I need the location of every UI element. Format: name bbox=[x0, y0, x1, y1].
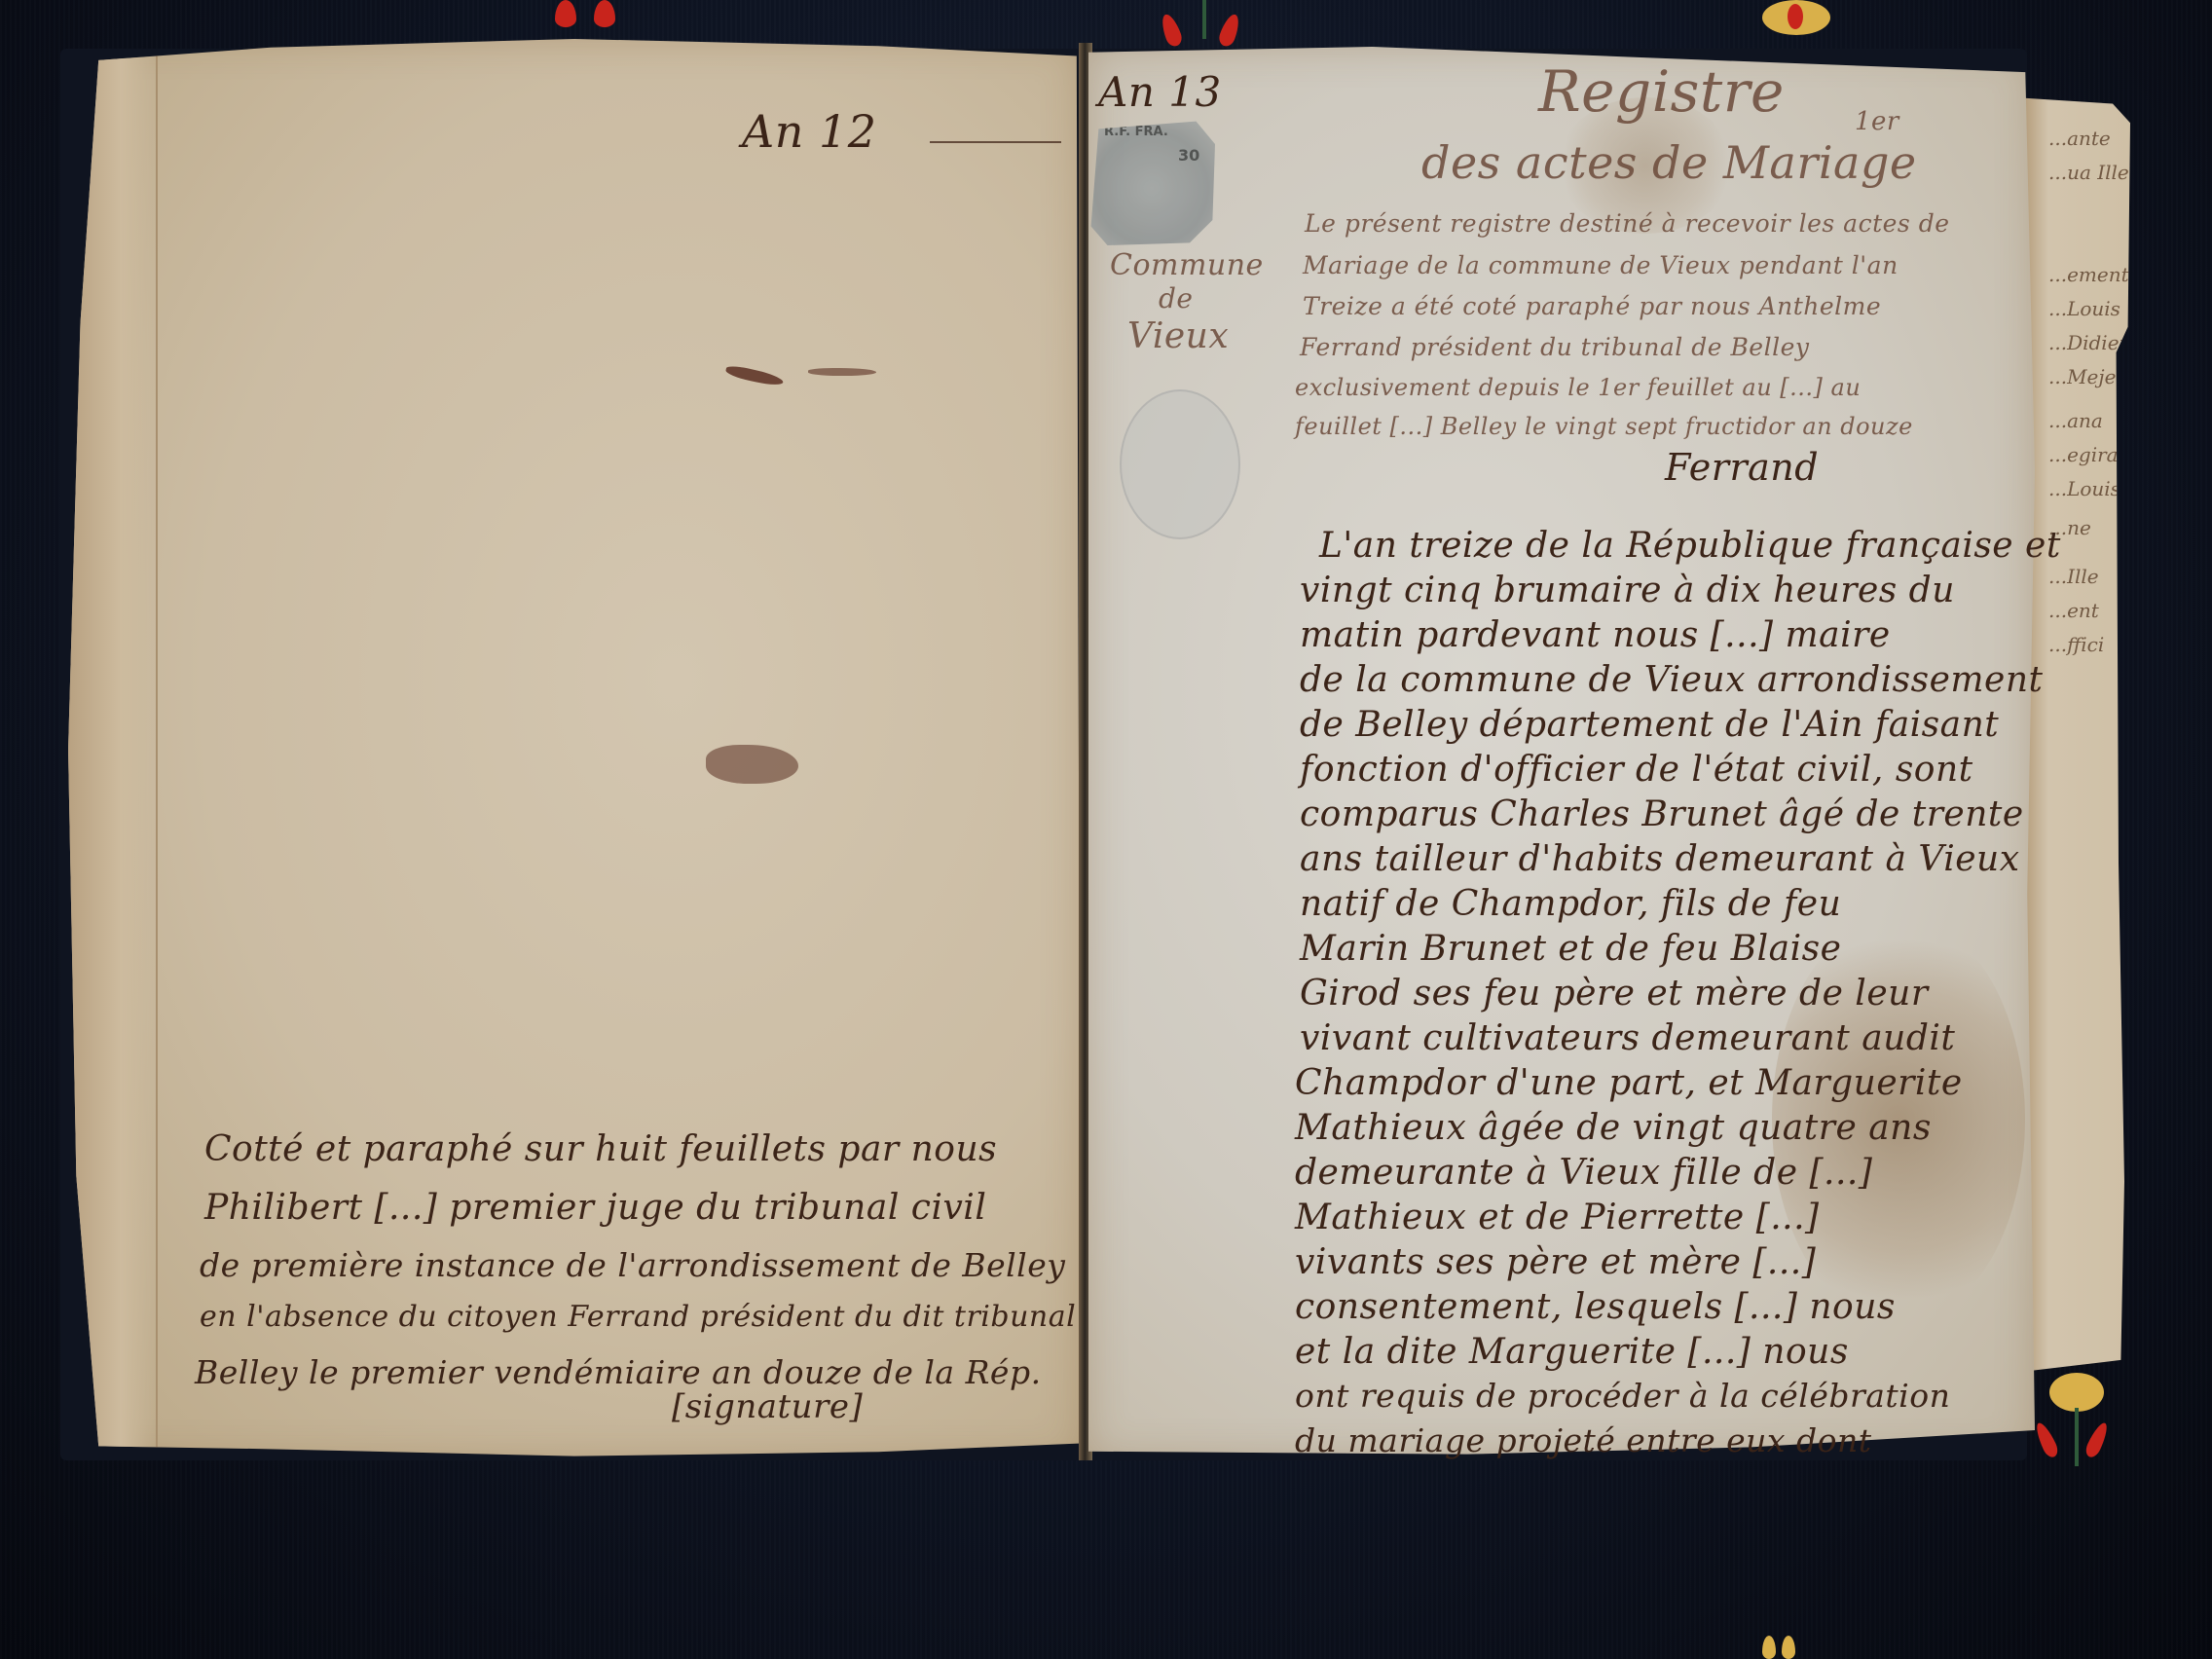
president-signature: Ferrand bbox=[1665, 446, 1819, 489]
act-line: Girod ses feu père et mère de leur bbox=[1300, 974, 1929, 1014]
back-page-fragment: ...ent bbox=[2048, 599, 2099, 622]
back-page-fragment: ...ua Ille bbox=[2048, 161, 2129, 184]
act-line: demeurante à Vieux fille de [...] bbox=[1295, 1153, 1872, 1193]
back-page-fragment: ...Ille bbox=[2048, 565, 2099, 588]
preamble-line: Treize a été coté paraphé par nous Anthe… bbox=[1303, 292, 1881, 320]
act-line: Champdor d'une part, et Marguerite bbox=[1295, 1063, 1963, 1103]
left-page-header: An 12 bbox=[742, 105, 877, 158]
preamble-line: exclusivement depuis le 1er feuillet au … bbox=[1295, 374, 1861, 401]
certification-line: de première instance de l'arrondissement… bbox=[200, 1246, 1065, 1284]
certification-line: en l'absence du citoyen Ferrand présiden… bbox=[200, 1300, 1076, 1334]
register-title: Registre bbox=[1538, 58, 1785, 125]
stamp-value: 30 bbox=[1178, 146, 1199, 165]
margin-commune-name: Vieux bbox=[1127, 316, 1229, 356]
certification-line: Philibert [...] premier juge du tribunal… bbox=[204, 1188, 986, 1228]
back-page-fragment: ...egira bbox=[2048, 443, 2119, 466]
act-line: L'an treize de la République française e… bbox=[1319, 526, 2061, 566]
act-line: vivants ses père et mère [...] bbox=[1295, 1242, 1816, 1282]
act-line: ans tailleur d'habits demeurant à Vieux bbox=[1300, 839, 2020, 879]
act-line: Marin Brunet et de feu Blaise bbox=[1300, 929, 1841, 969]
tax-stamp: R.F. FRA. 30 bbox=[1088, 119, 1215, 245]
preamble-line: Mariage de la commune de Vieux pendant l… bbox=[1303, 251, 1899, 279]
act-line: vingt cinq brumaire à dix heures du bbox=[1300, 571, 1955, 610]
right-page-header: An 13 bbox=[1098, 68, 1222, 116]
margin-de: de bbox=[1159, 282, 1194, 314]
act-line: Mathieux âgée de vingt quatre ans bbox=[1295, 1108, 1932, 1148]
act-line: fonction d'officier de l'état civil, son… bbox=[1300, 750, 1973, 790]
ink-blot bbox=[706, 745, 798, 784]
header-rule bbox=[930, 141, 1061, 143]
preamble-line: Le présent registre destiné à recevoir l… bbox=[1305, 209, 1950, 238]
embroidered-flower bbox=[1762, 1636, 1801, 1659]
back-page-fragment: ...ante bbox=[2048, 127, 2111, 150]
back-page-fragment: ...ffici bbox=[2048, 633, 2104, 656]
back-page-fragment: ...Louis bbox=[2048, 477, 2120, 500]
register-subtitle: des actes de Mariage bbox=[1421, 136, 1917, 189]
act-line: du mariage projeté entre eux dont bbox=[1295, 1421, 1872, 1459]
back-page-fragment: ...Louis bbox=[2048, 297, 2120, 320]
act-line: natif de Champdor, fils de feu bbox=[1300, 884, 1841, 924]
preamble-line: Ferrand président du tribunal de Belley bbox=[1300, 333, 1810, 361]
embroidered-flower bbox=[1752, 0, 1840, 49]
act-line: comparus Charles Brunet âgé de trente bbox=[1300, 794, 2024, 834]
embroidered-flower bbox=[1154, 0, 1261, 49]
act-line: matin pardevant nous [...] maire bbox=[1300, 615, 1891, 655]
act-line: ont requis de procéder à la célébration bbox=[1295, 1377, 1950, 1415]
act-line: consentement, lesquels [...] nous bbox=[1295, 1287, 1896, 1327]
embroidered-flower bbox=[555, 0, 623, 29]
act-line: vivant cultivateurs demeurant audit bbox=[1300, 1018, 1955, 1058]
margin-commune: Commune bbox=[1110, 248, 1264, 282]
title-flourish: 1er bbox=[1855, 107, 1899, 136]
embroidered-flower bbox=[2040, 1373, 2118, 1480]
back-page-fragment: ...Didier bbox=[2048, 331, 2128, 354]
act-line: de la commune de Vieux arrondissement bbox=[1300, 660, 2044, 700]
back-page-fragment: ...ement bbox=[2048, 263, 2129, 286]
act-line: de Belley département de l'Ain faisant bbox=[1300, 705, 1999, 745]
ink-blot bbox=[808, 368, 876, 376]
embossed-seal bbox=[1120, 389, 1240, 539]
back-page-fragment: ...ana bbox=[2048, 409, 2103, 432]
preamble-line: feuillet [...] Belley le vingt sept fruc… bbox=[1295, 413, 1913, 440]
act-line: Mathieux et de Pierrette [...] bbox=[1295, 1198, 1820, 1237]
judge-signature: [signature] bbox=[672, 1387, 863, 1426]
certification-line: Belley le premier vendémiaire an douze d… bbox=[195, 1353, 1042, 1391]
act-line: et la dite Marguerite [...] nous bbox=[1295, 1332, 1849, 1372]
certification-line: Cotté et paraphé sur huit feuillets par … bbox=[204, 1129, 997, 1169]
